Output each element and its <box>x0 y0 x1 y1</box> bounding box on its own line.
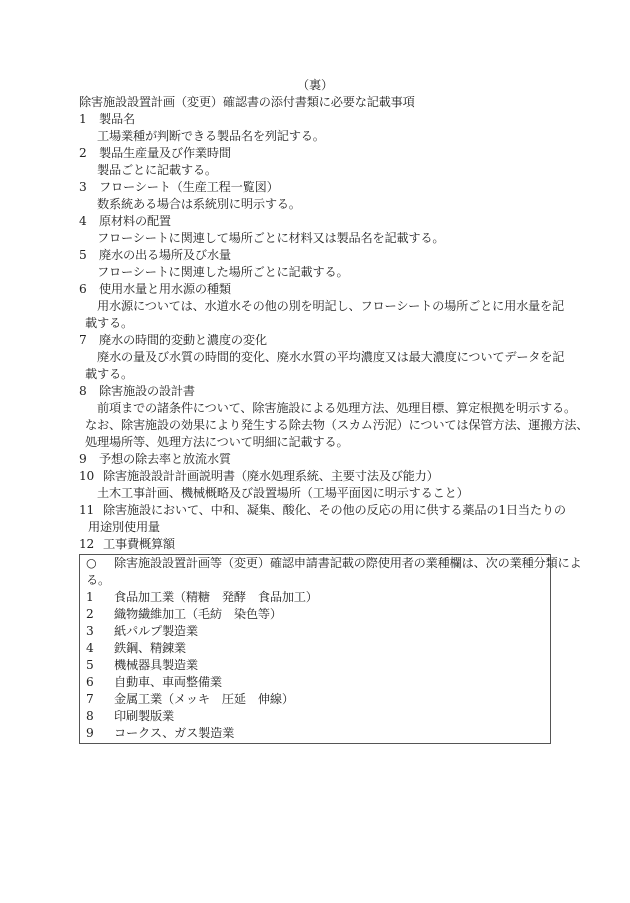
item-5-body: フローシートに関連した場所ごとに記載する。 <box>97 264 349 281</box>
item-3-title: 3フローシート（生産工程一覧図） <box>79 179 279 196</box>
item-9-title: 9予想の除去率と放流水質 <box>79 451 231 468</box>
item-11-title: 11除害施設において、中和、凝集、酸化、その他の反応の用に供する薬品の1日当たり… <box>79 502 566 519</box>
item-number: 7 <box>79 332 99 349</box>
item-title: フローシート（生産工程一覧図） <box>99 180 279 194</box>
item-title: 予想の除去率と放流水質 <box>99 452 231 466</box>
item-6-body-line1: 用水源については、水道水その他の別を明記し、フローシートの場所ごとに用水量を記 <box>97 298 564 315</box>
item-7-body-line2: 載する。 <box>85 366 133 383</box>
item-title: 廃水の時間的変動と濃度の変化 <box>99 333 267 347</box>
item-number: 2 <box>79 145 99 162</box>
industry-number: 6 <box>86 674 108 691</box>
item-7-title: 7廃水の時間的変動と濃度の変化 <box>79 332 267 349</box>
item-number: 4 <box>79 213 99 230</box>
item-number: 1 <box>79 111 99 128</box>
document-page: （裏） 除害施設設置計画（変更）確認書の添付書類に必要な記載事項 1製品名 工場… <box>0 0 630 903</box>
industry-label: 印刷製版業 <box>114 709 174 723</box>
item-1-title: 1製品名 <box>79 111 135 128</box>
item-2-body: 製品ごとに記載する。 <box>97 162 217 179</box>
item-11-body: 用途別使用量 <box>88 519 160 536</box>
industry-number: 4 <box>86 640 108 657</box>
item-title: 除害施設の設計書 <box>99 384 195 398</box>
item-5-title: 5廃水の出る場所及び水量 <box>79 247 231 264</box>
item-number: 8 <box>79 383 99 400</box>
item-title: 工事費概算額 <box>103 537 175 551</box>
item-title: 製品生産量及び作業時間 <box>99 146 231 160</box>
item-number: 6 <box>79 281 99 298</box>
page-marker: （裏） <box>0 77 630 94</box>
industry-number: 1 <box>86 589 108 606</box>
industry-label: 食品加工業（精糖 発酵 食品加工） <box>114 590 318 604</box>
item-6-title: 6使用水量と用水源の種類 <box>79 281 231 298</box>
item-10-body: 土木工事計画、機械概略及び設置場所（工場平面図に明示すること） <box>97 485 469 502</box>
item-7-body-line1: 廃水の量及び水質の時間的変化、廃水水質の平均濃度又は最大濃度についてデータを記 <box>97 349 564 366</box>
item-12-title: 12工事費概算額 <box>79 536 175 553</box>
bullet-circle-icon: ○ <box>86 555 108 572</box>
industry-item: 5機械器具製造業 <box>86 657 198 674</box>
note-line2: る。 <box>86 572 110 589</box>
item-title: 使用水量と用水源の種類 <box>99 282 231 296</box>
item-number: 11 <box>79 502 103 519</box>
item-3-body: 数系統ある場合は系統別に明示する。 <box>97 196 301 213</box>
item-8-body-line1: 前項までの諸条件について、除害施設による処理方法、処理目標、算定根拠を明示する。 <box>97 400 576 417</box>
industry-label: 金属工業（メッキ 圧延 伸線） <box>114 692 294 706</box>
item-number: 12 <box>79 536 103 553</box>
item-title: 廃水の出る場所及び水量 <box>99 248 231 262</box>
item-title: 原材料の配置 <box>99 214 171 228</box>
document-heading: 除害施設設置計画（変更）確認書の添付書類に必要な記載事項 <box>79 94 415 111</box>
item-10-title: 10除害施設設計計画説明書（廃水処理系統、主要寸法及び能力） <box>79 468 439 485</box>
item-2-title: 2製品生産量及び作業時間 <box>79 145 231 162</box>
industry-item: 2織物繊維加工（毛紡 染色等） <box>86 606 282 623</box>
industry-number: 3 <box>86 623 108 640</box>
industry-number: 5 <box>86 657 108 674</box>
industry-number: 7 <box>86 691 108 708</box>
item-number: 3 <box>79 179 99 196</box>
industry-item: 7金属工業（メッキ 圧延 伸線） <box>86 691 294 708</box>
industry-item: 8印刷製版業 <box>86 708 174 725</box>
item-6-body-line2: 載する。 <box>85 315 133 332</box>
item-number: 9 <box>79 451 99 468</box>
industry-label: 鉄鋼、精錬業 <box>114 641 186 655</box>
industry-classification-box: ○除害施設設置計画等（変更）確認申請書記載の際使用者の業種欄は、次の業種分類によ… <box>79 554 551 744</box>
item-4-body: フローシートに関連して場所ごとに材料又は製品名を記載する。 <box>97 230 444 247</box>
industry-item: 1食品加工業（精糖 発酵 食品加工） <box>86 589 318 606</box>
industry-label: 紙パルプ製造業 <box>114 624 198 638</box>
industry-item: 3紙パルプ製造業 <box>86 623 198 640</box>
item-number: 10 <box>79 468 103 485</box>
industry-item: 6自動車、車両整備業 <box>86 674 222 691</box>
industry-number: 8 <box>86 708 108 725</box>
item-8-body-line3: 処理場所等、処理方法について明細に記載する。 <box>85 434 348 451</box>
item-4-title: 4原材料の配置 <box>79 213 171 230</box>
industry-item: 9コークス、ガス製造業 <box>86 725 234 742</box>
industry-item: 4鉄鋼、精錬業 <box>86 640 186 657</box>
item-1-body: 工場業種が判断できる製品名を列記する。 <box>97 128 325 145</box>
industry-label: コークス、ガス製造業 <box>114 726 234 740</box>
industry-label: 織物繊維加工（毛紡 染色等） <box>114 607 282 621</box>
note-text: 除害施設設置計画等（変更）確認申請書記載の際使用者の業種欄は、次の業種分類によ <box>114 556 582 570</box>
industry-number: 2 <box>86 606 108 623</box>
item-title: 除害施設設計計画説明書（廃水処理系統、主要寸法及び能力） <box>103 469 439 483</box>
industry-number: 9 <box>86 725 108 742</box>
note-line1: ○除害施設設置計画等（変更）確認申請書記載の際使用者の業種欄は、次の業種分類によ <box>86 555 582 572</box>
item-title: 除害施設において、中和、凝集、酸化、その他の反応の用に供する薬品の1日当たりの <box>103 503 566 517</box>
industry-label: 自動車、車両整備業 <box>114 675 222 689</box>
item-8-body-line2: なお、除害施設の効果により発生する除去物（スカム汚泥）については保管方法、運搬方… <box>85 417 588 434</box>
item-number: 5 <box>79 247 99 264</box>
item-8-title: 8除害施設の設計書 <box>79 383 195 400</box>
industry-label: 機械器具製造業 <box>114 658 198 672</box>
item-title: 製品名 <box>99 112 135 126</box>
